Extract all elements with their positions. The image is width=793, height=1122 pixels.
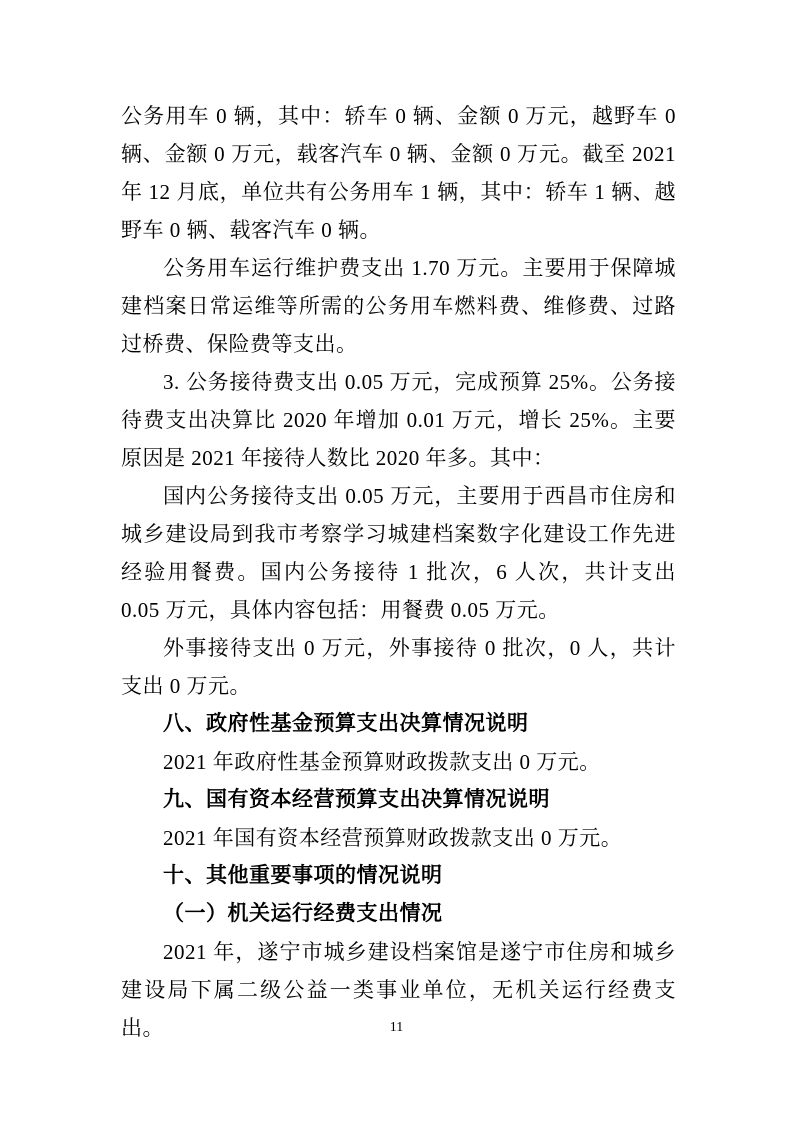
paragraph-reception-expense: 3. 公务接待费支出 0.05 万元，完成预算 25%。公务接待费支出决算比 2…	[121, 363, 676, 477]
paragraph-government-fund: 2021 年政府性基金预算财政拨款支出 0 万元。	[121, 743, 676, 781]
document-page: 公务用车 0 辆，其中：轿车 0 辆、金额 0 万元，越野车 0 辆、金额 0 …	[0, 0, 793, 1122]
paragraph-vehicle-purchase: 公务用车 0 辆，其中：轿车 0 辆、金额 0 万元，越野车 0 辆、金额 0 …	[121, 97, 676, 249]
section-heading-state-capital: 九、国有资本经营预算支出决算情况说明	[121, 781, 676, 819]
section-heading-other-matters: 十、其他重要事项的情况说明	[121, 857, 676, 895]
section-heading-government-fund: 八、政府性基金预算支出决算情况说明	[121, 705, 676, 743]
page-number: 11	[0, 1018, 793, 1038]
subsection-heading-operating-expense: （一）机关运行经费支出情况	[121, 895, 676, 933]
paragraph-state-capital: 2021 年国有资本经营预算财政拨款支出 0 万元。	[121, 819, 676, 857]
paragraph-domestic-reception: 国内公务接待支出 0.05 万元，主要用于西昌市住房和城乡建设局到我市考察学习城…	[121, 477, 676, 629]
paragraph-foreign-reception: 外事接待支出 0 万元，外事接待 0 批次，0 人，共计支出 0 万元。	[121, 629, 676, 705]
paragraph-vehicle-maintenance: 公务用车运行维护费支出 1.70 万元。主要用于保障城建档案日常运维等所需的公务…	[121, 249, 676, 363]
